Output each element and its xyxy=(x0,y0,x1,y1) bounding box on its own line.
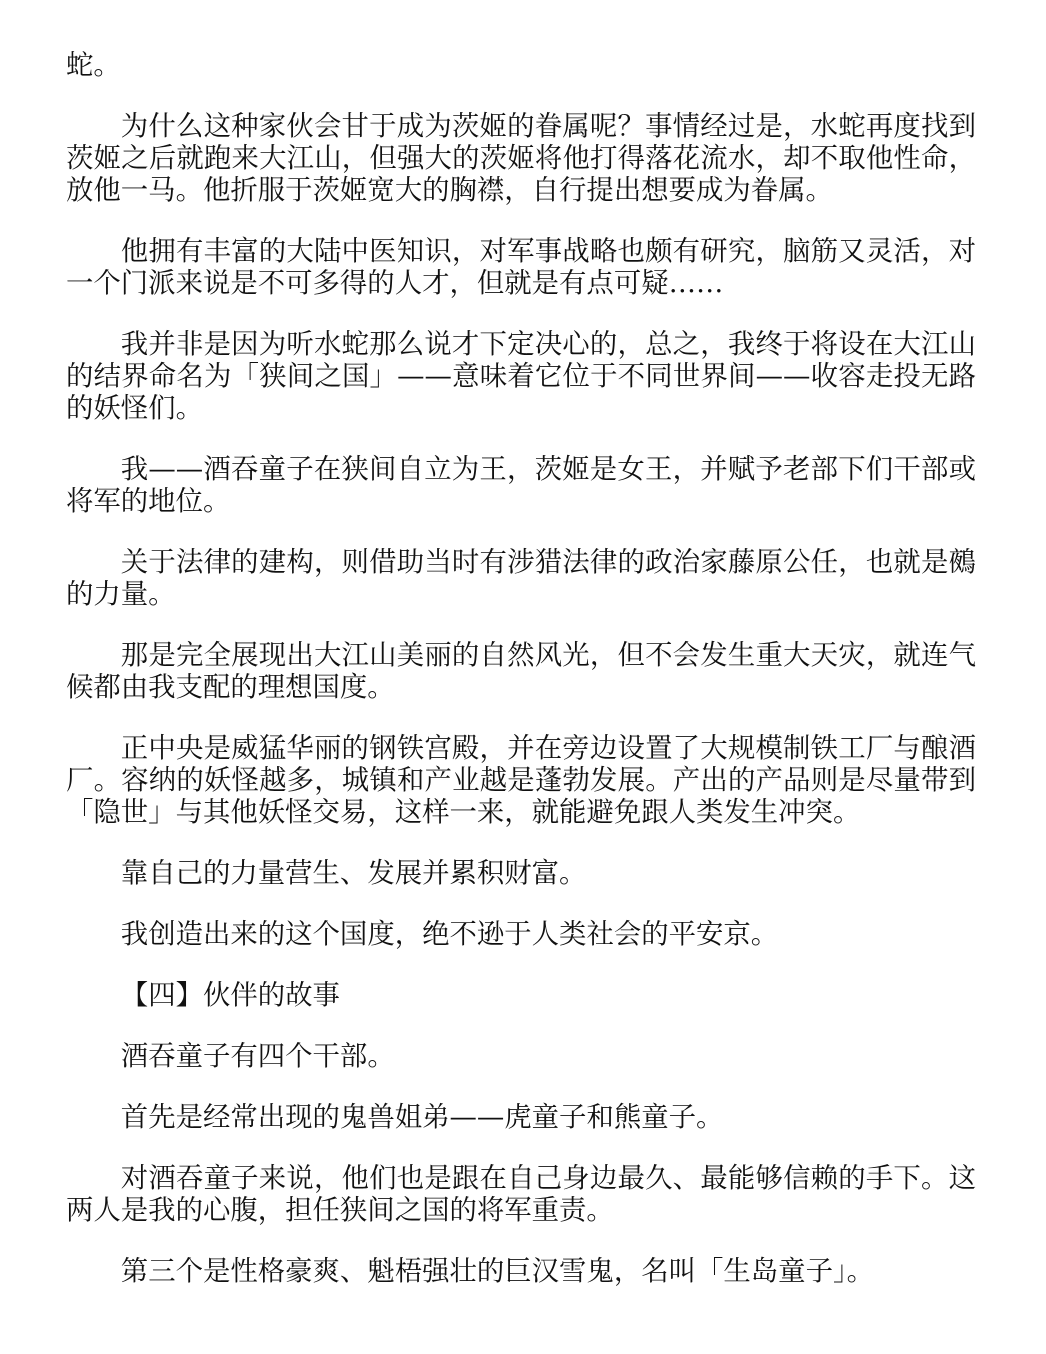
paragraph: 我——酒吞童子在狭间自立为王，茨姬是女王，并赋予老部下们干部或将军的地位。 xyxy=(66,454,976,518)
paragraph: 那是完全展现出大江山美丽的自然风光，但不会发生重大天灾，就连气候都由我支配的理想… xyxy=(66,640,976,704)
paragraph: 我创造出来的这个国度，绝不逊于人类社会的平安京。 xyxy=(66,919,976,951)
paragraph: 为什么这种家伙会甘于成为茨姬的眷属呢？事情经过是，水蛇再度找到茨姬之后就跑来大江… xyxy=(66,111,976,207)
paragraph: 靠自己的力量营生、发展并累积财富。 xyxy=(66,858,976,890)
section-heading: 【四】伙伴的故事 xyxy=(66,980,976,1012)
paragraph: 第三个是性格豪爽、魁梧强壮的巨汉雪鬼，名叫「生岛童子」。 xyxy=(66,1256,976,1288)
paragraph: 他拥有丰富的大陆中医知识，对军事战略也颇有研究，脑筋又灵活，对一个门派来说是不可… xyxy=(66,236,976,300)
paragraph: 酒吞童子有四个干部。 xyxy=(66,1041,976,1073)
document-page: 蛇。 为什么这种家伙会甘于成为茨姬的眷属呢？事情经过是，水蛇再度找到茨姬之后就跑… xyxy=(66,50,976,1317)
paragraph: 我并非是因为听水蛇那么说才下定决心的，总之，我终于将设在大江山的结界命名为「狭间… xyxy=(66,329,976,425)
paragraph: 蛇。 xyxy=(66,50,976,82)
paragraph: 正中央是威猛华丽的钢铁宫殿，并在旁边设置了大规模制铁工厂与酿酒厂。容纳的妖怪越多… xyxy=(66,733,976,829)
paragraph: 首先是经常出现的鬼兽姐弟——虎童子和熊童子。 xyxy=(66,1102,976,1134)
paragraph: 对酒吞童子来说，他们也是跟在自己身边最久、最能够信赖的手下。这两人是我的心腹，担… xyxy=(66,1163,976,1227)
paragraph: 关于法律的建构，则借助当时有涉猎法律的政治家藤原公任，也就是鵺的力量。 xyxy=(66,547,976,611)
